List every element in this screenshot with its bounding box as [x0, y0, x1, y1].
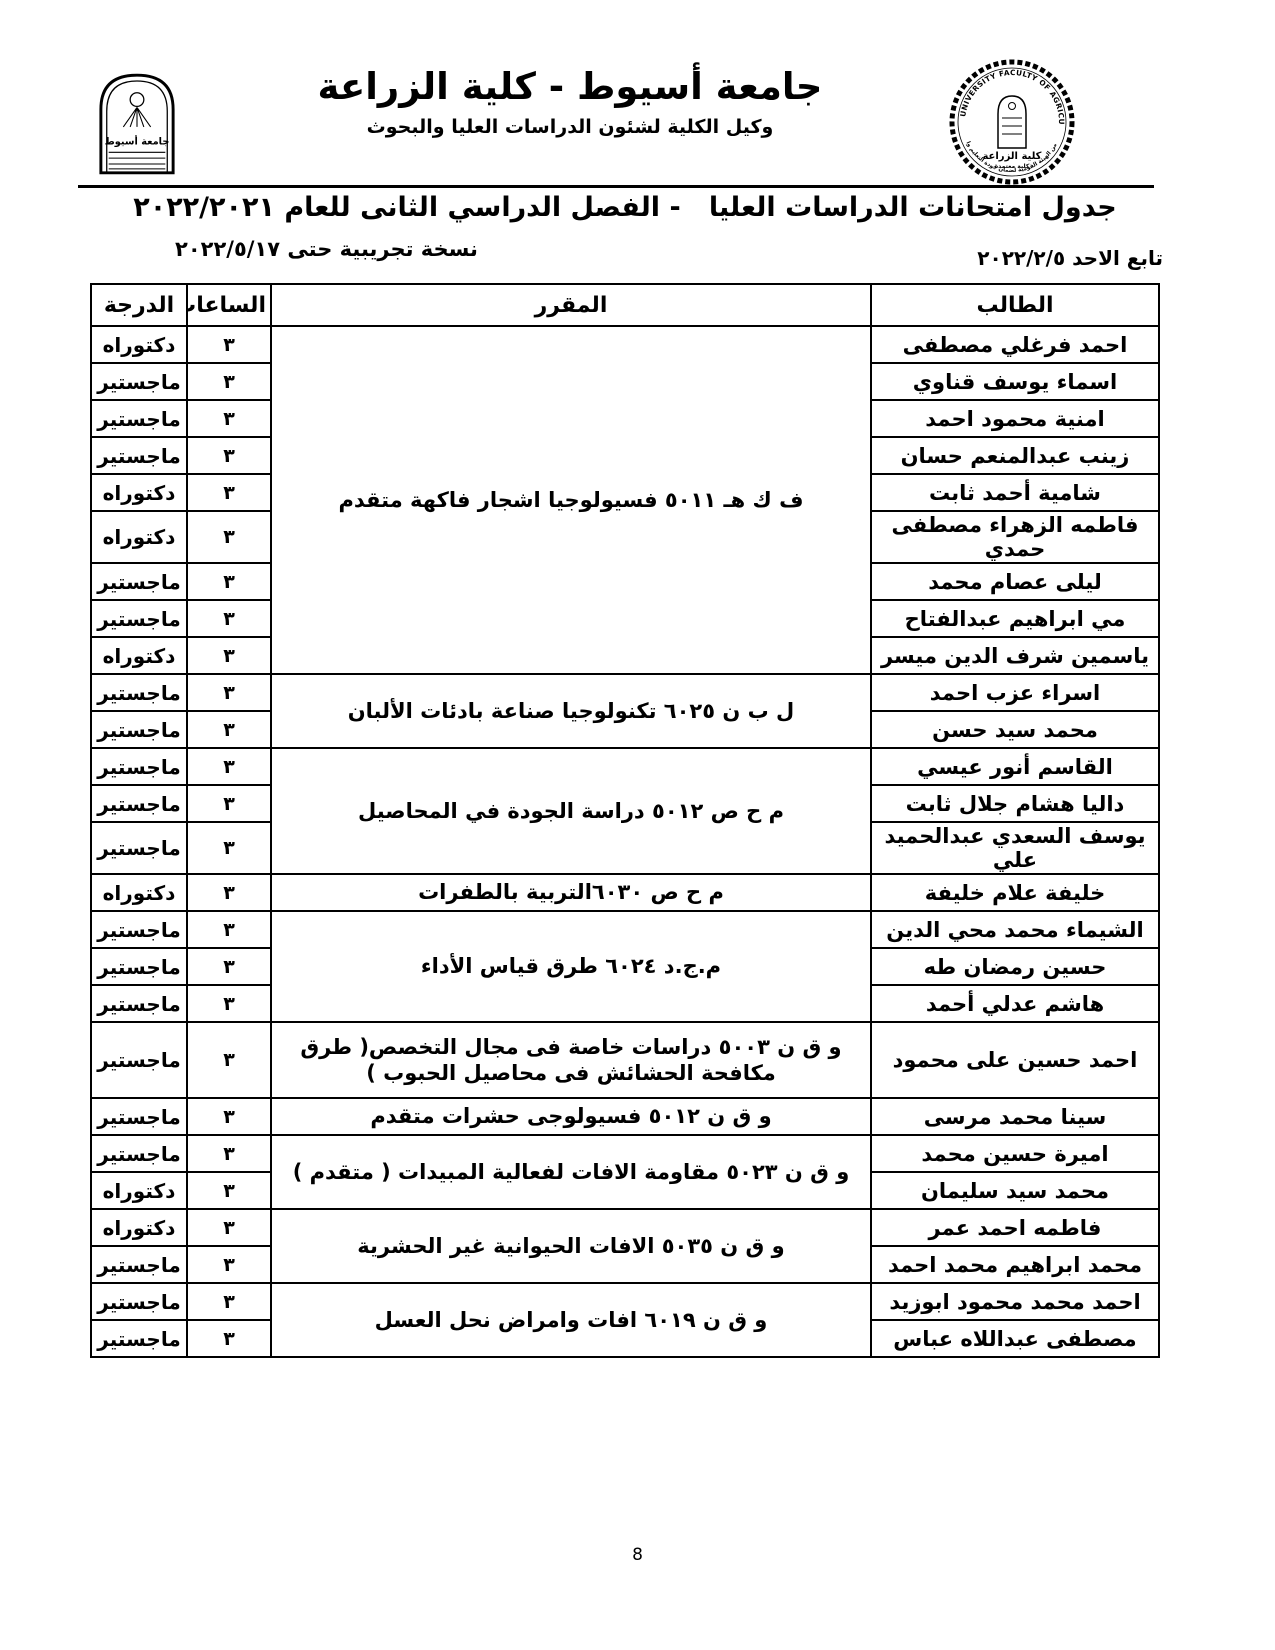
hours-cell: ٣: [187, 1246, 271, 1283]
table-row: اميرة حسين محمدو ق ن ٥٠٢٣ مقاومة الافات …: [91, 1135, 1159, 1172]
header: جامعة أسيوط - كلية الزراعة وكيل الكلية ل…: [210, 66, 930, 138]
hours-cell: ٣: [187, 437, 271, 474]
student-name-cell: زينب عبدالمنعم حسان: [871, 437, 1159, 474]
degree-cell: ماجستير: [91, 563, 187, 600]
table-row: اسراء عزب احمدل ب ن ٦٠٢٥ تكنولوجيا صناعة…: [91, 674, 1159, 711]
degree-column-header: الدرجة: [91, 284, 187, 326]
hours-cell: ٣: [187, 874, 271, 911]
degree-cell: ماجستير: [91, 1135, 187, 1172]
table-row: خليفة علام خليفةم ح ص ٦٠٣٠التربية بالطفر…: [91, 874, 1159, 911]
table-row: الشيماء محمد محي الدينم.ج.د ٦٠٢٤ طرق قيا…: [91, 911, 1159, 948]
student-name-cell: القاسم أنور عيسي: [871, 748, 1159, 785]
degree-cell: ماجستير: [91, 948, 187, 985]
student-name-cell: الشيماء محمد محي الدين: [871, 911, 1159, 948]
student-name-cell: يوسف السعدي عبدالحميد علي: [871, 822, 1159, 874]
hours-cell: ٣: [187, 1283, 271, 1320]
course-cell: و ق ن ٥٠٣٥ الافات الحيوانية غير الحشرية: [271, 1209, 871, 1283]
student-name-cell: مصطفى عبداللاه عباس: [871, 1320, 1159, 1357]
degree-cell: ماجستير: [91, 437, 187, 474]
degree-cell: ماجستير: [91, 785, 187, 822]
degree-cell: دكتوراه: [91, 511, 187, 563]
continued-date-label: تابع الاحد ٢٠٢٢/٢/٥: [977, 246, 1163, 270]
student-column-header: الطالب: [871, 284, 1159, 326]
hours-cell: ٣: [187, 948, 271, 985]
student-name-cell: احمد حسين على محمود: [871, 1022, 1159, 1098]
table-row: احمد حسين على محمودو ق ن ٥٠٠٣ دراسات خاص…: [91, 1022, 1159, 1098]
student-name-cell: محمد ابراهيم محمد احمد: [871, 1246, 1159, 1283]
hours-cell: ٣: [187, 1172, 271, 1209]
exam-schedule-table: الطالب المقرر الساعات الدرجة احمد فرغلي …: [90, 283, 1160, 1358]
course-cell: م ح ص ٦٠٣٠التربية بالطفرات: [271, 874, 871, 911]
degree-cell: دكتوراه: [91, 474, 187, 511]
hours-cell: ٣: [187, 785, 271, 822]
page-title: جدول امتحانات الدراسات العليا - الفصل ال…: [90, 192, 1160, 223]
course-cell: و ق ن ٥٠٠٣ دراسات خاصة فى مجال التخصص( ط…: [271, 1022, 871, 1098]
hours-column-header: الساعات: [187, 284, 271, 326]
hours-cell: ٣: [187, 363, 271, 400]
student-name-cell: محمد سيد حسن: [871, 711, 1159, 748]
course-cell: و ق ن ٥٠٢٣ مقاومة الافات لفعالية المبيدا…: [271, 1135, 871, 1209]
hours-cell: ٣: [187, 822, 271, 874]
page-number: 8: [0, 1545, 1275, 1565]
degree-cell: دكتوراه: [91, 326, 187, 363]
student-name-cell: فاطمه الزهراء مصطفى حمدي: [871, 511, 1159, 563]
student-name-cell: اميرة حسين محمد: [871, 1135, 1159, 1172]
course-cell: و ق ن ٥٠١٢ فسيولوجى حشرات متقدم: [271, 1098, 871, 1135]
table-row: فاطمه احمد عمرو ق ن ٥٠٣٥ الافات الحيواني…: [91, 1209, 1159, 1246]
hours-cell: ٣: [187, 1135, 271, 1172]
seal-faculty-name: كلية الزراعة: [982, 151, 1041, 162]
student-name-cell: ياسمين شرف الدين ميسر: [871, 637, 1159, 674]
hours-cell: ٣: [187, 563, 271, 600]
hours-cell: ٣: [187, 400, 271, 437]
hours-cell: ٣: [187, 1022, 271, 1098]
student-name-cell: امنية محمود احمد: [871, 400, 1159, 437]
student-name-cell: خليفة علام خليفة: [871, 874, 1159, 911]
faculty-seal-logo: ASSIUT UNIVERSITY FACULTY OF AGRICULTURE…: [942, 56, 1082, 186]
student-name-cell: ليلى عصام محمد: [871, 563, 1159, 600]
student-name-cell: هاشم عدلي أحمد: [871, 985, 1159, 1022]
header-divider: [78, 185, 1154, 188]
student-name-cell: شامية أحمد ثابت: [871, 474, 1159, 511]
table-header-row: الطالب المقرر الساعات الدرجة: [91, 284, 1159, 326]
degree-cell: ماجستير: [91, 1283, 187, 1320]
university-title: جامعة أسيوط - كلية الزراعة: [210, 66, 930, 109]
student-name-cell: حسين رمضان طه: [871, 948, 1159, 985]
university-arch-logo: جامعة أسيوط: [96, 70, 178, 176]
student-name-cell: فاطمه احمد عمر: [871, 1209, 1159, 1246]
degree-cell: دكتوراه: [91, 874, 187, 911]
course-cell: م ح ص ٥٠١٢ دراسة الجودة في المحاصيل: [271, 748, 871, 874]
student-name-cell: اسراء عزب احمد: [871, 674, 1159, 711]
hours-cell: ٣: [187, 985, 271, 1022]
degree-cell: دكتوراه: [91, 1172, 187, 1209]
dean-subtitle: وكيل الكلية لشئون الدراسات العليا والبحو…: [210, 116, 930, 138]
hours-cell: ٣: [187, 1098, 271, 1135]
hours-cell: ٣: [187, 326, 271, 363]
course-cell: م.ج.د ٦٠٢٤ طرق قياس الأداء: [271, 911, 871, 1022]
student-name-cell: مي ابراهيم عبدالفتاح: [871, 600, 1159, 637]
table-row: القاسم أنور عيسيم ح ص ٥٠١٢ دراسة الجودة …: [91, 748, 1159, 785]
course-cell: ف ك هـ ٥٠١١ فسيولوجيا اشجار فاكهة متقدم: [271, 326, 871, 674]
course-cell: و ق ن ٦٠١٩ افات وامراض نحل العسل: [271, 1283, 871, 1357]
table-row: سينا محمد مرسىو ق ن ٥٠١٢ فسيولوجى حشرات …: [91, 1098, 1159, 1135]
table-row: احمد فرغلي مصطفىف ك هـ ٥٠١١ فسيولوجيا اش…: [91, 326, 1159, 363]
degree-cell: ماجستير: [91, 1246, 187, 1283]
degree-cell: ماجستير: [91, 985, 187, 1022]
lamp-icon: [130, 93, 144, 107]
hours-cell: ٣: [187, 474, 271, 511]
degree-cell: ماجستير: [91, 748, 187, 785]
hours-cell: ٣: [187, 748, 271, 785]
hours-cell: ٣: [187, 1209, 271, 1246]
student-name-cell: اسماء يوسف قناوي: [871, 363, 1159, 400]
hours-cell: ٣: [187, 600, 271, 637]
degree-cell: ماجستير: [91, 911, 187, 948]
hours-cell: ٣: [187, 637, 271, 674]
student-name-cell: داليا هشام جلال ثابت: [871, 785, 1159, 822]
degree-cell: ماجستير: [91, 1022, 187, 1098]
degree-cell: دكتوراه: [91, 1209, 187, 1246]
degree-cell: ماجستير: [91, 363, 187, 400]
degree-cell: ماجستير: [91, 600, 187, 637]
student-name-cell: سينا محمد مرسى: [871, 1098, 1159, 1135]
trial-version-note: نسخة تجريبية حتى ٢٠٢٢/٥/١٧: [175, 237, 478, 261]
hours-cell: ٣: [187, 511, 271, 563]
student-name-cell: احمد فرغلي مصطفى: [871, 326, 1159, 363]
degree-cell: ماجستير: [91, 674, 187, 711]
seal-english-text: ASSIUT UNIVERSITY FACULTY OF AGRICULTURE: [942, 56, 1066, 125]
seal-arch-icon: [998, 96, 1026, 148]
degree-cell: دكتوراه: [91, 637, 187, 674]
course-column-header: المقرر: [271, 284, 871, 326]
degree-cell: ماجستير: [91, 711, 187, 748]
student-name-cell: احمد محمد محمود ابوزيد: [871, 1283, 1159, 1320]
hours-cell: ٣: [187, 911, 271, 948]
svg-text:ASSIUT UNIVERSITY FACULTY OF A: ASSIUT UNIVERSITY FACULTY OF AGRICULTURE: [942, 56, 1066, 125]
student-name-cell: محمد سيد سليمان: [871, 1172, 1159, 1209]
arch-logo-label: جامعة أسيوط: [105, 134, 170, 147]
degree-cell: ماجستير: [91, 1320, 187, 1357]
degree-cell: ماجستير: [91, 400, 187, 437]
degree-cell: ماجستير: [91, 822, 187, 874]
hours-cell: ٣: [187, 1320, 271, 1357]
course-cell: ل ب ن ٦٠٢٥ تكنولوجيا صناعة بادئات الألبا…: [271, 674, 871, 748]
table-row: احمد محمد محمود ابوزيدو ق ن ٦٠١٩ افات وا…: [91, 1283, 1159, 1320]
document-page: جامعة أسيوط جامعة أسيوط - كلية الزراعة و…: [0, 0, 1275, 1650]
hours-cell: ٣: [187, 711, 271, 748]
degree-cell: ماجستير: [91, 1098, 187, 1135]
hours-cell: ٣: [187, 674, 271, 711]
